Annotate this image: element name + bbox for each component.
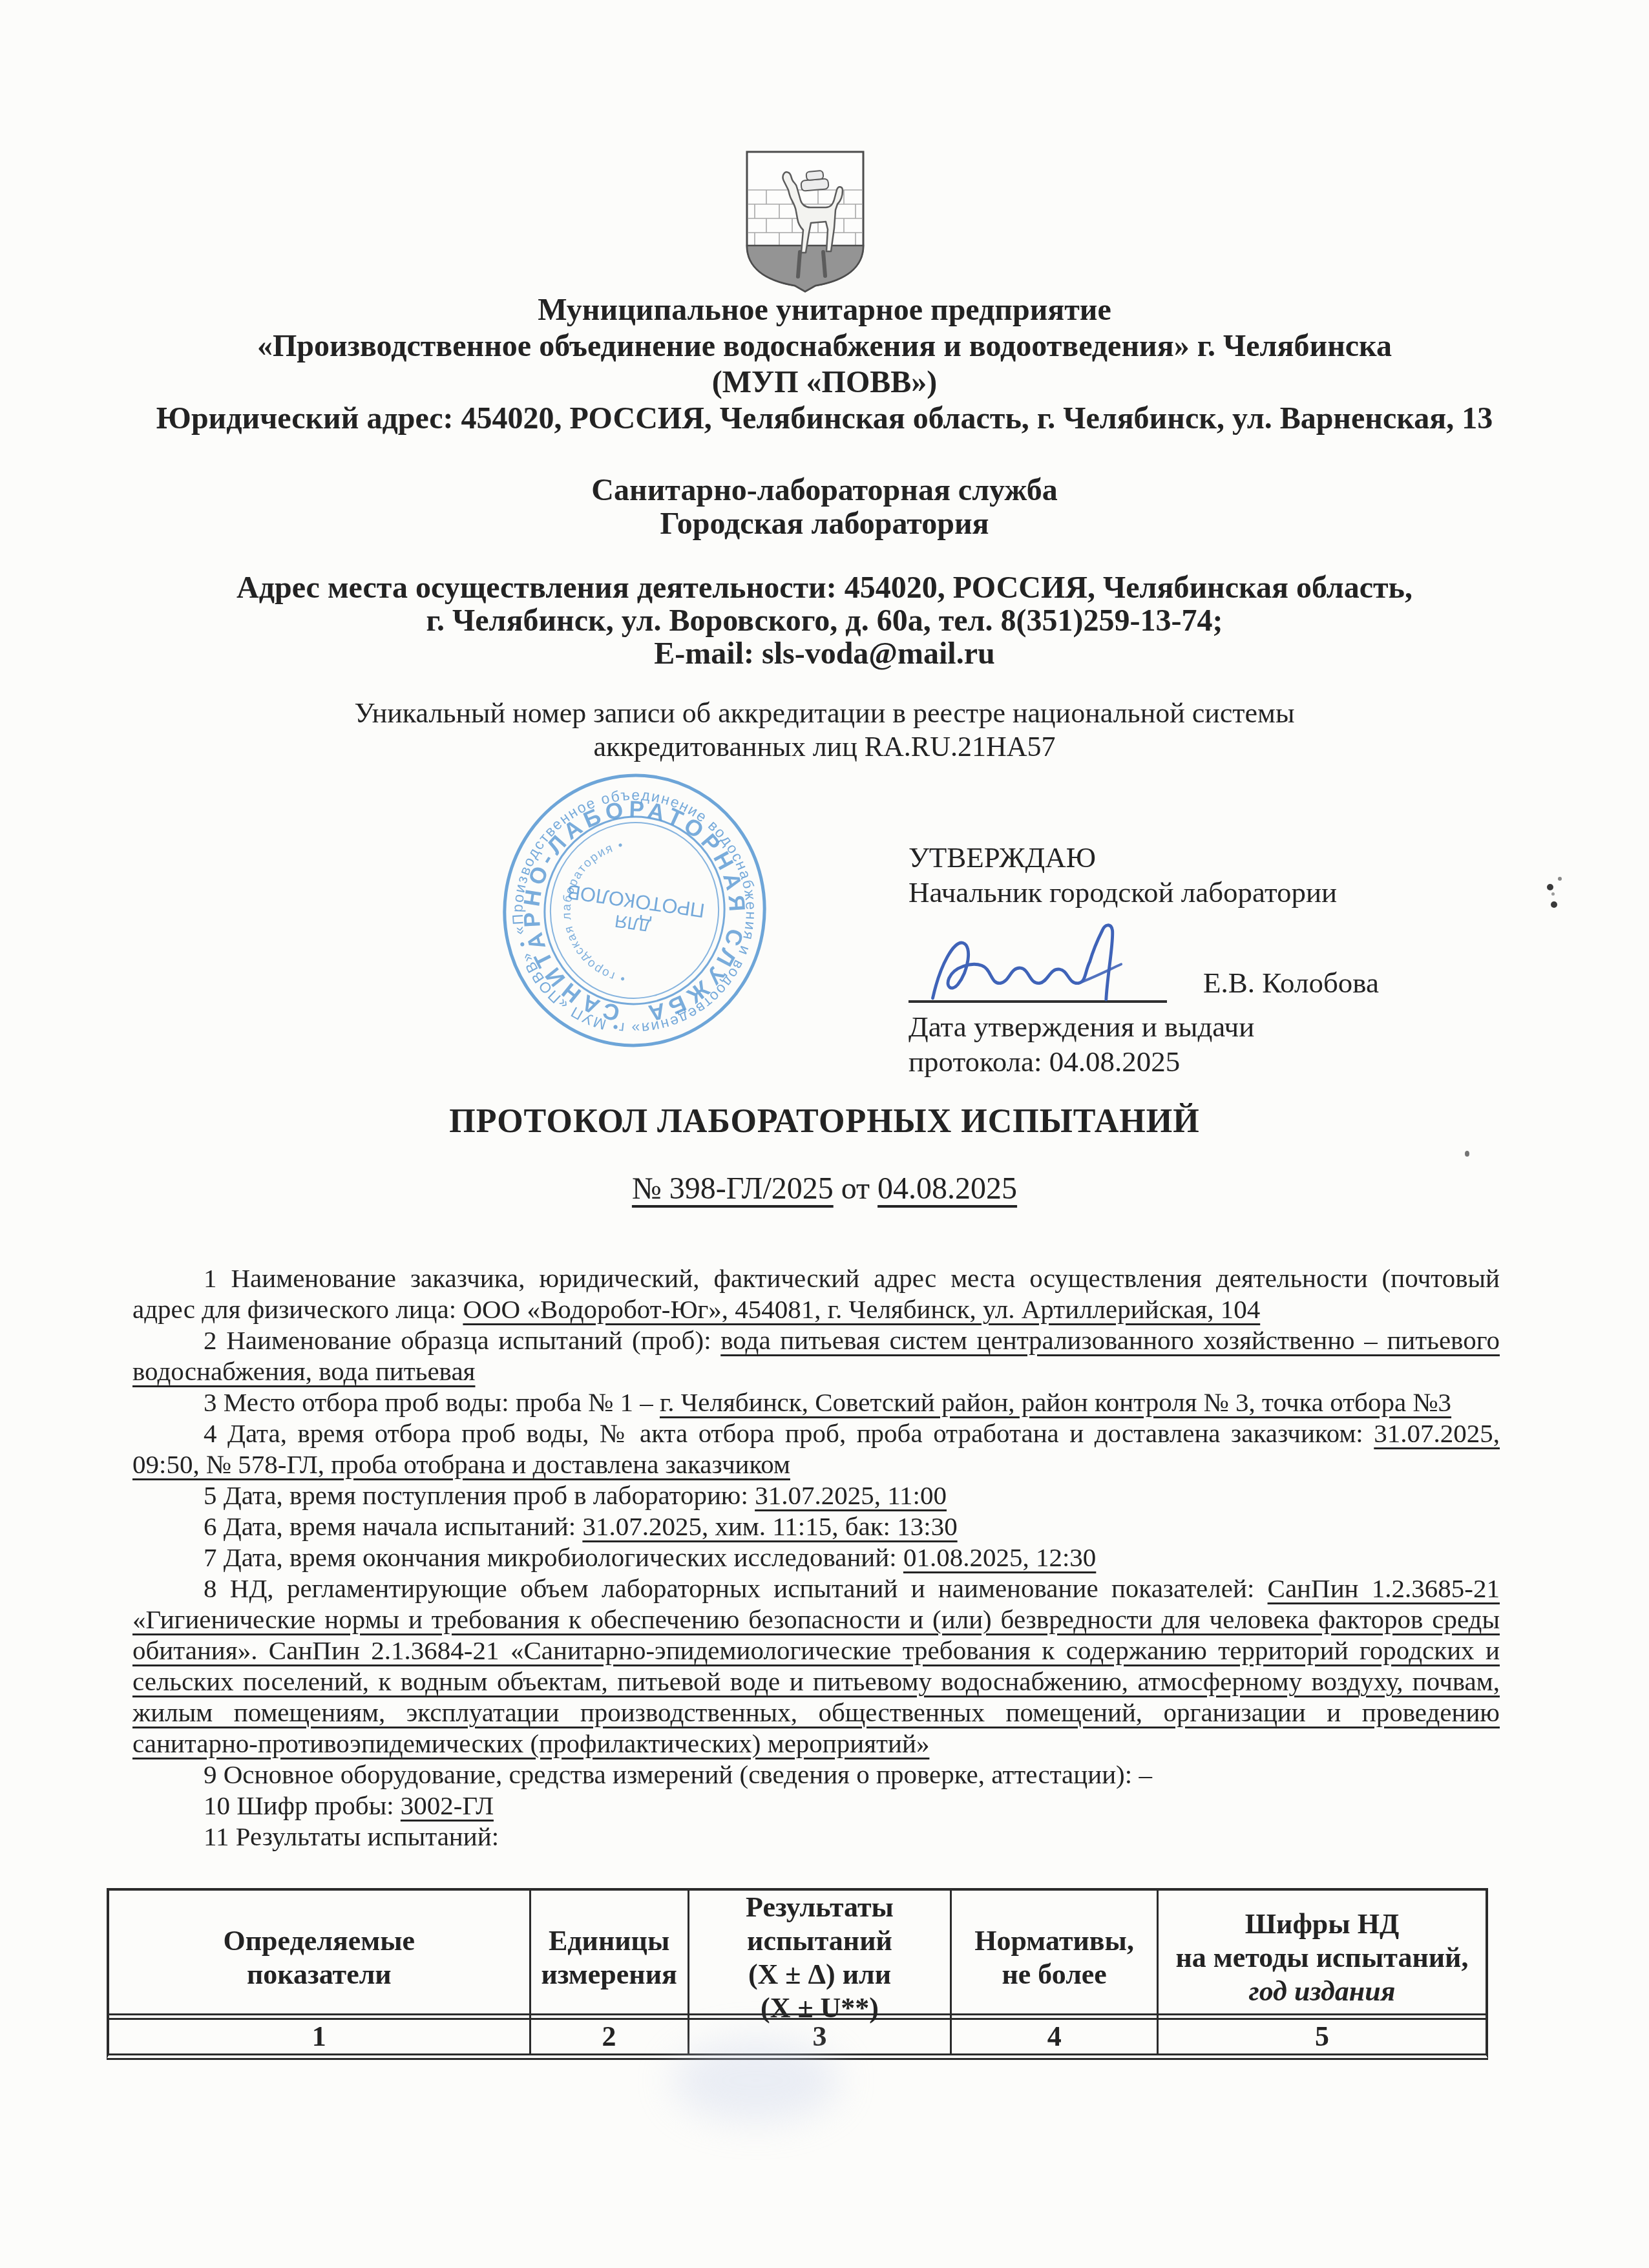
item-8-regulations: 8 НД, регламентирующие объем лабораторны… [132, 1573, 1500, 1759]
scan-speck [1551, 901, 1557, 908]
document-number-line: № 398-ГЛ/2025 от 04.08.2025 [0, 1171, 1649, 1206]
item-1-customer: 1 Наименование заказчика, юридический, ф… [132, 1263, 1500, 1325]
lab-service: Санитарно-лабораторная служба [0, 474, 1649, 507]
org-name: «Производственное объединение водоснабже… [0, 328, 1649, 364]
accreditation-line1: Уникальный номер записи об аккредитации … [0, 697, 1649, 730]
number-date-separator: от [841, 1171, 870, 1206]
item-3-sampling-place: 3 Место отбора проб воды: проба № 1 – г.… [132, 1387, 1500, 1418]
header-col-results: Результатыиспытаний(Х ± Δ) или(Х ± U**) [688, 1891, 951, 2025]
header-col-units: Единицыизмерения [529, 1891, 688, 2025]
signature-line [909, 910, 1167, 1003]
signature-row: Е.В. Колобова [909, 912, 1516, 1003]
item-6-test-start: 6 Дата, время начала испытаний: 31.07.20… [132, 1511, 1500, 1542]
org-type: Муниципальное унитарное предприятие [0, 292, 1649, 328]
item-7-micro-end: 7 Дата, время окончания микробиологическ… [132, 1542, 1500, 1573]
item-2-sample-name: 2 Наименование образца испытаний (проб):… [132, 1325, 1500, 1387]
header-col-norms: Нормативы,не более [950, 1891, 1157, 2025]
col-number-2: 2 [529, 2020, 688, 2053]
org-legal-address: Юридический адрес: 454020, РОССИЯ, Челяб… [0, 401, 1649, 437]
scan-smudge [672, 2039, 840, 2123]
organization-header: Муниципальное унитарное предприятие «Про… [0, 292, 1649, 437]
activity-address-line1: Адрес места осуществления деятельности: … [0, 571, 1649, 604]
header-col-method-codes: Шифры НДна методы испытаний,год издания [1157, 1891, 1486, 2025]
col-number-5: 5 [1157, 2020, 1486, 2053]
lab-name: Городская лаборатория [0, 507, 1649, 541]
document-title: ПРОТОКОЛ ЛАБОРАТОРНЫХ ИСПЫТАНИЙ [0, 1102, 1649, 1140]
results-table: Определяемыепоказатели Единицыизмерения … [107, 1888, 1488, 2060]
protocol-document-page: Муниципальное унитарное предприятие «Про… [0, 0, 1649, 2268]
protocol-number: № 398-ГЛ/2025 [632, 1171, 834, 1206]
scan-speck [1551, 892, 1555, 896]
stamp-center-line1: ДЛЯ [614, 911, 652, 935]
approval-date-value: протокола: 04.08.2025 [909, 1044, 1516, 1079]
org-short-name: (МУП «ПОВВ») [0, 364, 1649, 401]
lab-email: E-mail: sls-voda@mail.ru [0, 637, 1649, 670]
scan-speck [1547, 884, 1553, 890]
laboratory-header: Санитарно-лабораторная служба Городская … [0, 474, 1649, 541]
approver-name: Е.В. Колобова [1167, 965, 1379, 1003]
accreditation-block: Уникальный номер записи об аккредитации … [0, 697, 1649, 764]
approval-block: УТВЕРЖДАЮ Начальник городской лаборатори… [909, 840, 1516, 1079]
activity-address-line2: г. Челябинск, ул. Воровского, д. 60а, те… [0, 604, 1649, 637]
approve-word: УТВЕРЖДАЮ [909, 840, 1516, 875]
results-table-header-row: Определяемыепоказатели Единицыизмерения … [109, 1891, 1486, 2020]
protocol-date: 04.08.2025 [877, 1171, 1017, 1206]
round-stamp: • МУП «ПОВВ» • «Производственное объедин… [498, 770, 772, 1051]
col-number-1: 1 [109, 2020, 529, 2053]
protocol-body: 1 Наименование заказчика, юридический, ф… [132, 1263, 1500, 1887]
scan-speck [1465, 1151, 1469, 1157]
activity-address-block: Адрес места осуществления деятельности: … [0, 571, 1649, 670]
handwritten-signature [921, 904, 1148, 1017]
item-5-receipt-date: 5 Дата, время поступления проб в лаборат… [132, 1480, 1500, 1511]
item-9-equipment: 9 Основное оборудование, средства измере… [132, 1759, 1500, 1790]
scan-speck [1558, 877, 1562, 881]
item-10-sample-code: 10 Шифр пробы: 3002-ГЛ [132, 1790, 1500, 1821]
accreditation-line2: аккредитованных лиц RA.RU.21HA57 [0, 730, 1649, 764]
header-col-parameters: Определяемыепоказатели [109, 1891, 529, 2025]
chelyabinsk-coat-of-arms [743, 149, 867, 295]
item-11-results: 11 Результаты испытаний: [132, 1821, 1500, 1852]
item-4-sampling-date: 4 Дата, время отбора проб воды, № акта о… [132, 1418, 1500, 1480]
col-number-4: 4 [950, 2020, 1157, 2053]
